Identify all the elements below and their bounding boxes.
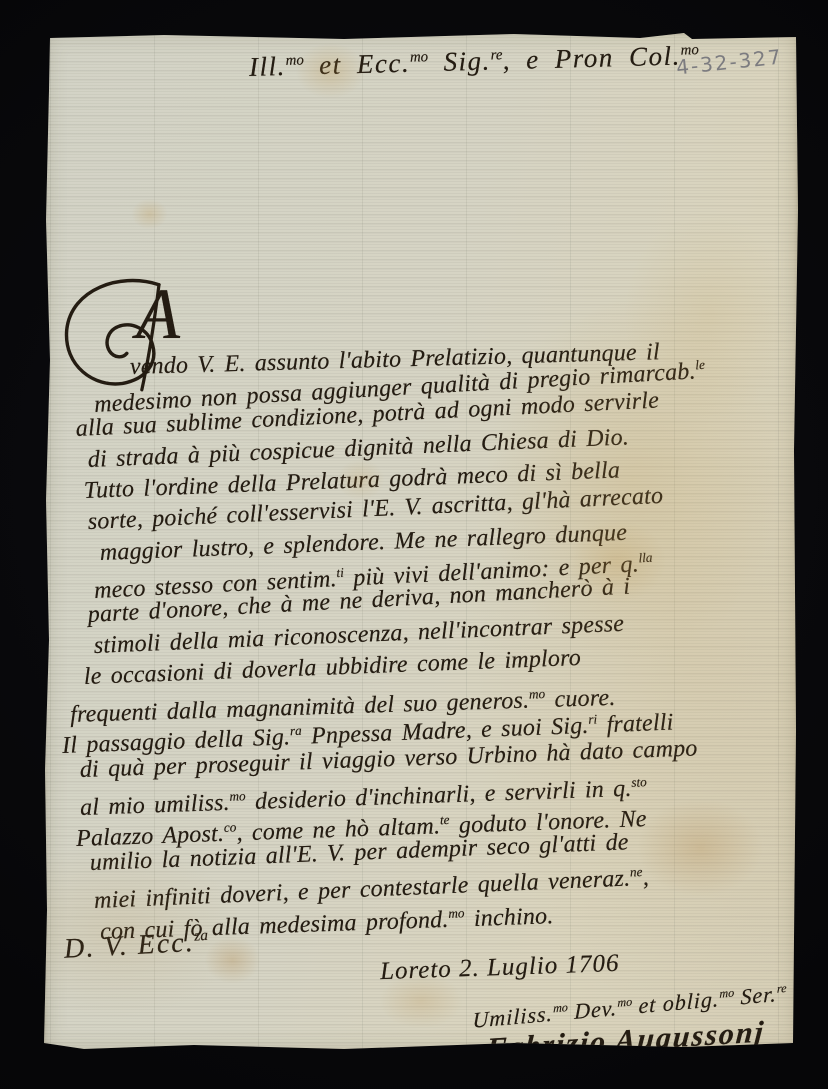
salutation-line: Ill.mo et Ecc.mo Sig.re, e Pron Col.mo xyxy=(249,40,700,83)
letter-body: vendo V. E. assunto l'abito Prelatizio, … xyxy=(44,352,798,941)
place-date-line: Loreto 2. Luglio 1706 xyxy=(380,950,620,986)
photo-background: Ill.mo et Ecc.mo Sig.re, e Pron Col.mo 4… xyxy=(0,0,828,1089)
drop-cap-initial: A xyxy=(136,278,180,350)
letter-page: Ill.mo et Ecc.mo Sig.re, e Pron Col.mo 4… xyxy=(44,30,798,1052)
closing-abbreviation: D. V. Ecc.za xyxy=(63,926,209,966)
